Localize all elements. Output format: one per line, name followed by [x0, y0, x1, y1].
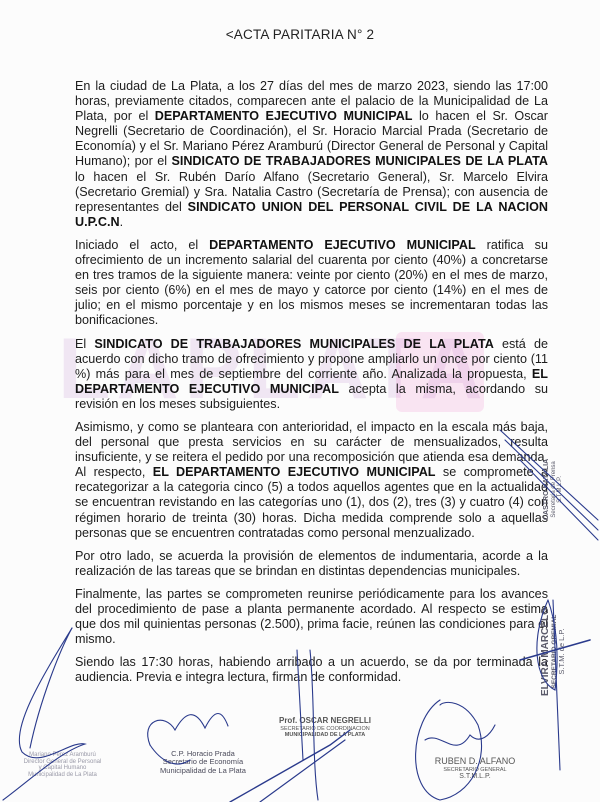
bold-party-name: SINDICATO DE TRABAJADORES MUNICIPALES DE… [94, 337, 493, 351]
stamp-aramburu-role: Director General de Personal [10, 759, 115, 766]
text-segment: El [75, 337, 94, 351]
document-title: <ACTA PARITARIA N° 2 [0, 27, 600, 42]
stamp-castro-org: S.T.M.L.P. [557, 459, 564, 520]
bold-party-name: DEPARTAMENTO EJECUTIVO MUNICIPAL [155, 109, 413, 123]
bold-party-name: SINDICATO DE TRABAJADORES MUNICIPALES DE… [171, 154, 548, 168]
stamp-castro-role: Secretaria de Prensa [551, 459, 558, 520]
stamp-negrelli-name: Prof. OSCAR NEGRELLI [255, 717, 395, 726]
document-body: En la ciudad de La Plata, a los 27 días … [75, 79, 548, 693]
text-segment: . [120, 215, 124, 229]
stamp-aramburu-org: Municipalidad de La Plata [10, 772, 115, 779]
stamp-elvira-name: ELVIRA MARCELO [540, 607, 551, 696]
paragraph-offer: Iniciado el acto, el DEPARTAMENTO EJECUT… [75, 238, 548, 329]
signature-prada [148, 714, 228, 746]
paragraph-clothing: Por otro lado, se acuerda la provisión d… [75, 549, 548, 579]
document-page: LAPLATA <ACTA PARITARIA N° 2 En la ciuda… [0, 0, 600, 802]
stamp-negrelli-org: MUNICIPALIDAD DE LA PLATA [255, 732, 395, 738]
paragraph-union-response: El SINDICATO DE TRABAJADORES MUNICIPALES… [75, 337, 548, 412]
paragraph-permanent-staff: Finalmente, las partes se comprometen re… [75, 587, 548, 647]
stamp-castro-name: CASTRO NATALIA [543, 459, 551, 520]
stamp-aramburu-name: Mariano Pérez Aramburú [10, 752, 115, 759]
stamp-aramburu: Mariano Pérez Aramburú Director General … [10, 752, 115, 778]
text-segment: Por otro lado, se acuerda la provisión d… [75, 549, 548, 578]
signature-alfano [416, 700, 482, 800]
stamp-elvira: ELVIRA MARCELO SECRETARIO GREMIAL S.T.M.… [540, 607, 566, 696]
stamp-aramburu-role2: y Capital Humano [10, 765, 115, 772]
stamp-castro: CASTRO NATALIA Secretaria de Prensa S.T.… [543, 459, 564, 520]
paragraph-recategorization: Asimismo, y como se planteara con anteri… [75, 420, 548, 541]
bold-party-name: DEPARTAMENTO EJECUTIVO MUNICIPAL [209, 238, 476, 252]
text-segment: Iniciado el acto, el [75, 238, 209, 252]
stamp-alfano: RUBEN D. ALFANO SECRETARIO GENERAL S.T.M… [425, 757, 525, 781]
stamp-prada: C.P. Horacio Prada Secretario de Economí… [148, 750, 258, 775]
bold-party-name: EL DEPARTAMENTO EJECUTIVO MUNICIPAL [153, 465, 436, 479]
stamp-negrelli: Prof. OSCAR NEGRELLI SECRETARIO DE COORD… [255, 717, 395, 738]
stamp-elvira-org: S.T.M. de L.P. [558, 607, 566, 696]
text-segment: Siendo las 17:30 horas, habiendo arribad… [75, 655, 548, 684]
paragraph-opening: En la ciudad de La Plata, a los 27 días … [75, 79, 548, 230]
stamp-prada-org: Municipalidad de La Plata [148, 767, 258, 775]
stamp-alfano-name: RUBEN D. ALFANO [425, 757, 525, 767]
paragraph-closing: Siendo las 17:30 horas, habiendo arribad… [75, 655, 548, 685]
stamp-alfano-org: S.T.M.L.P. [425, 773, 525, 781]
text-segment: Finalmente, las partes se comprometen re… [75, 587, 548, 646]
